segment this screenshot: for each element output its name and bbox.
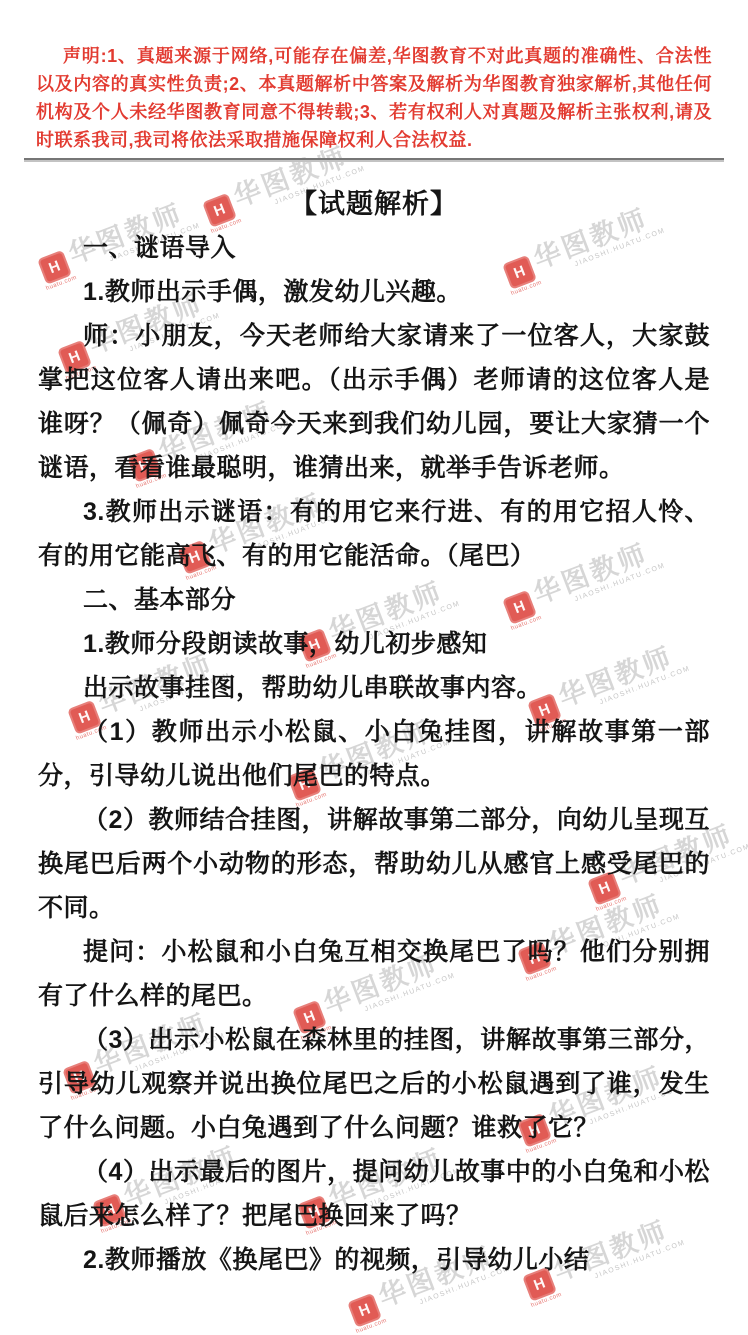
section-heading-1: 一、谜语导入 [38, 226, 710, 270]
huatu-logo-icon: Hhuatu.com [347, 1293, 382, 1328]
page-title: 【试题解析】 [0, 182, 748, 226]
paragraph: 1.教师分段朗读故事，幼儿初步感知 [38, 622, 710, 666]
disclaimer-text: 声明:1、真题来源于网络,可能存在偏差,华图教育不对此真题的准确性、合法性以及内… [36, 0, 712, 154]
paragraph: 1.教师出示手偶，激发幼儿兴趣。 [38, 270, 710, 314]
huatu-logo-subtext: huatu.com [355, 1318, 388, 1335]
paragraph: （3）出示小松鼠在森林里的挂图，讲解故事第三部分，引导幼儿观察并说出换位尾巴之后… [38, 1018, 710, 1150]
disclaimer-body: 1、真题来源于网络,可能存在偏差,华图教育不对此真题的准确性、合法性以及内容的真… [36, 46, 712, 150]
paragraph: 提问：小松鼠和小白兔互相交换尾巴了吗？他们分别拥有了什么样的尾巴。 [38, 930, 710, 1018]
paragraph: 师：小朋友，今天老师给大家请来了一位客人，大家鼓掌把这位客人请出来吧。（出示手偶… [38, 314, 710, 490]
paragraph: （4）出示最后的图片，提问幼儿故事中的小白兔和小松鼠后来怎么样了？把尾巴换回来了… [38, 1150, 710, 1238]
huatu-logo-subtext: huatu.com [530, 1292, 563, 1310]
disclaimer-label: 声明: [63, 46, 107, 66]
paragraph: （1）教师出示小松鼠、小白兔挂图，讲解故事第一部分，引导幼儿说出他们尾巴的特点。 [38, 710, 710, 798]
huatu-logo-glyph: H [356, 1300, 372, 1320]
paragraph: （2）教师结合挂图，讲解故事第二部分，向幼儿呈现互换尾巴后两个小动物的形态，帮助… [38, 798, 710, 930]
document-body: 一、谜语导入 1.教师出示手偶，激发幼儿兴趣。 师：小朋友，今天老师给大家请来了… [38, 226, 710, 1282]
paragraph: 出示故事挂图，帮助幼儿串联故事内容。 [38, 666, 710, 710]
separator-line [24, 158, 724, 160]
document-content: 声明:1、真题来源于网络,可能存在偏差,华图教育不对此真题的准确性、合法性以及内… [0, 0, 748, 1282]
paragraph: 2.教师播放《换尾巴》的视频，引导幼儿小结 [38, 1238, 710, 1282]
paragraph: 3.教师出示谜语：有的用它来行进、有的用它招人怜、有的用它能高飞、有的用它能活命… [38, 490, 710, 578]
document-page: Hhuatu.com华图教师JIAOSHI.HUATU.COMHhuatu.co… [0, 0, 748, 1335]
section-heading-2: 二、基本部分 [38, 578, 710, 622]
